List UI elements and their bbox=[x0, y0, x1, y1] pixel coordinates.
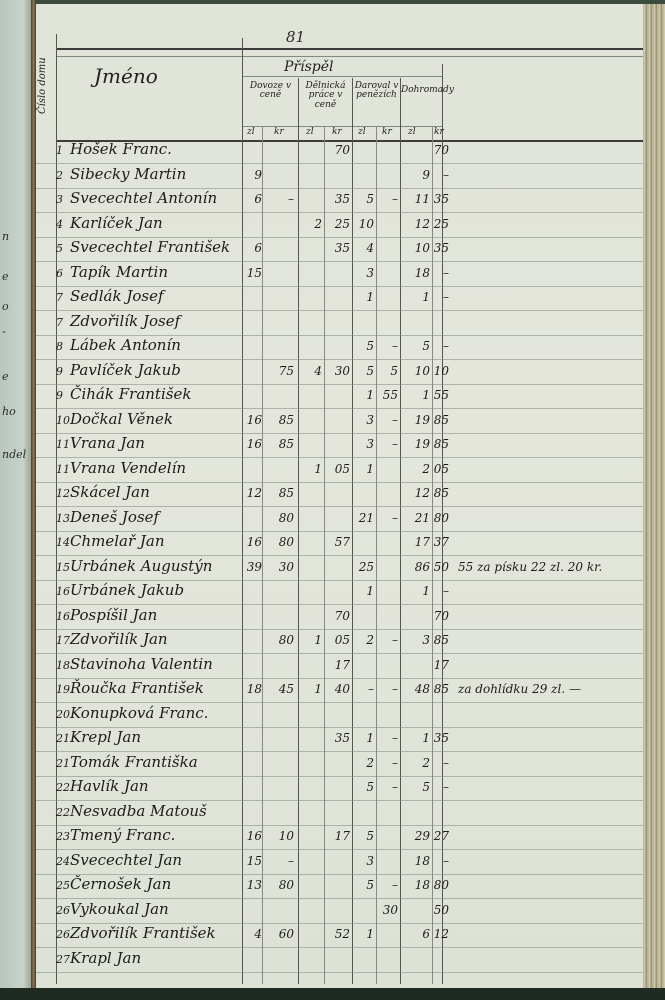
person-name: Černošek Jan bbox=[70, 875, 171, 893]
house-number: 22 bbox=[56, 806, 70, 819]
amount-dovoze-kr: – bbox=[264, 854, 294, 868]
amount-dovoze-zl: 39 bbox=[244, 560, 262, 574]
person-name: Nesvadba Matouš bbox=[70, 802, 207, 820]
amount-celkem-zl: 9 bbox=[402, 168, 430, 182]
amount-celkem-zl: 10 bbox=[402, 364, 430, 378]
house-number: 21 bbox=[56, 732, 70, 745]
amount-celkem-zl: 18 bbox=[402, 854, 430, 868]
amount-dovoze-kr: 80 bbox=[264, 511, 294, 525]
person-name: Tmený Franc. bbox=[70, 826, 175, 844]
amount-celkem-zl: 1 bbox=[402, 290, 430, 304]
house-number: 13 bbox=[56, 512, 70, 525]
amount-dovoze-zl: 13 bbox=[244, 878, 262, 892]
page-edges bbox=[643, 4, 665, 990]
person-name: Svecechtel František bbox=[70, 238, 230, 256]
facing-page-fragment: ndel bbox=[2, 448, 26, 461]
amount-penize-zl: 5 bbox=[354, 780, 374, 794]
person-name: Svecechtel Jan bbox=[70, 851, 182, 869]
amount-penize-zl: 5 bbox=[354, 364, 374, 378]
table-row: 6Tapík Martin15318– bbox=[36, 263, 643, 287]
amount-penize-zl: 1 bbox=[354, 927, 374, 941]
amount-prace-zl: 1 bbox=[300, 633, 322, 647]
amount-dovoze-zl: 18 bbox=[244, 682, 262, 696]
person-name: Vrana Vendelín bbox=[70, 459, 186, 477]
amount-penize-zl: 5 bbox=[354, 878, 374, 892]
person-name: Zdvořilík Jan bbox=[70, 630, 168, 648]
house-number: 11 bbox=[56, 463, 70, 476]
amount-dovoze-kr: 60 bbox=[264, 927, 294, 941]
amount-prace-kr: 35 bbox=[326, 241, 350, 255]
amount-celkem-kr: – bbox=[433, 339, 449, 353]
house-number: 17 bbox=[56, 634, 70, 647]
header-dovoze: Dovoze v ceně bbox=[243, 82, 298, 101]
house-number: 18 bbox=[56, 659, 70, 672]
house-number: 12 bbox=[56, 487, 70, 500]
amount-penize-zl: 3 bbox=[354, 854, 374, 868]
house-number: 1 bbox=[56, 144, 63, 157]
amount-prace-kr: 35 bbox=[326, 192, 350, 206]
house-number: 23 bbox=[56, 830, 70, 843]
amount-penize-zl: 4 bbox=[354, 241, 374, 255]
amount-penize-kr: – bbox=[378, 633, 398, 647]
amount-celkem-kr: 37 bbox=[433, 535, 449, 549]
table-row: 25Černošek Jan13805–1880 bbox=[36, 875, 643, 899]
amount-celkem-kr: 85 bbox=[433, 682, 449, 696]
table-row: 15Urbánek Augustýn393025865055 za písku … bbox=[36, 557, 643, 581]
amount-celkem-zl: 10 bbox=[402, 241, 430, 255]
table-row: 4Karlíček Jan225101225 bbox=[36, 214, 643, 238]
table-row: 16Urbánek Jakub11– bbox=[36, 581, 643, 605]
amount-penize-kr: – bbox=[378, 192, 398, 206]
table-row: 17Zdvořilík Jan801052–385 bbox=[36, 630, 643, 654]
amount-penize-kr: 30 bbox=[378, 903, 398, 917]
amount-celkem-kr: – bbox=[433, 780, 449, 794]
amount-penize-zl: 10 bbox=[354, 217, 374, 231]
amount-penize-zl: 1 bbox=[354, 462, 374, 476]
person-name: Svecechtel Antonín bbox=[70, 189, 217, 207]
house-number: 8 bbox=[56, 340, 63, 353]
amount-celkem-zl: 5 bbox=[402, 339, 430, 353]
house-number: 19 bbox=[56, 683, 70, 696]
amount-celkem-zl: 18 bbox=[402, 266, 430, 280]
row-note: 55 za písku 22 zl. 20 kr. bbox=[458, 560, 602, 574]
amount-celkem-kr: – bbox=[433, 266, 449, 280]
person-name: Stavinoha Valentin bbox=[70, 655, 213, 673]
table-row: 2Sibecky Martin99– bbox=[36, 165, 643, 189]
person-name: Sibecky Martin bbox=[70, 165, 186, 183]
unit-label: zl bbox=[358, 128, 366, 137]
header-top-rule-2 bbox=[56, 56, 643, 57]
person-name: Zdvořilík Josef bbox=[70, 312, 180, 330]
amount-dovoze-kr: 80 bbox=[264, 535, 294, 549]
unit-label: kr bbox=[382, 128, 392, 137]
person-name: Chmelař Jan bbox=[70, 532, 165, 550]
amount-penize-kr: – bbox=[378, 682, 398, 696]
table-row: 22Nesvadba Matouš bbox=[36, 802, 643, 826]
table-row: 12Skácel Jan12851285 bbox=[36, 483, 643, 507]
amount-penize-zl: 1 bbox=[354, 290, 374, 304]
table-row: 1Hošek Franc.7070 bbox=[36, 140, 643, 164]
house-number: 7 bbox=[56, 291, 63, 304]
house-number: 21 bbox=[56, 757, 70, 770]
table-row: 5Svecechtel František63541035 bbox=[36, 238, 643, 262]
header-penize: Daroval v penězích bbox=[353, 82, 400, 101]
amount-prace-zl: 4 bbox=[300, 364, 322, 378]
amount-celkem-kr: 85 bbox=[433, 437, 449, 451]
amount-celkem-kr: – bbox=[433, 168, 449, 182]
amount-celkem-kr: 35 bbox=[433, 192, 449, 206]
amount-penize-zl: 3 bbox=[354, 413, 374, 427]
amount-prace-kr: 05 bbox=[326, 462, 350, 476]
table-row: 9Pavlíček Jakub75430551010 bbox=[36, 361, 643, 385]
amount-penize-kr: – bbox=[378, 511, 398, 525]
person-name: Sedlák Josef bbox=[70, 287, 164, 305]
amount-dovoze-zl: 12 bbox=[244, 486, 262, 500]
amount-penize-zl: 5 bbox=[354, 829, 374, 843]
amount-penize-zl: 2 bbox=[354, 633, 374, 647]
amount-celkem-zl: 12 bbox=[402, 486, 430, 500]
amount-dovoze-kr: – bbox=[264, 192, 294, 206]
person-name: Urbánek Augustýn bbox=[70, 557, 212, 575]
table-row: 14Chmelař Jan1680571737 bbox=[36, 532, 643, 556]
unit-label: zl bbox=[306, 128, 314, 137]
facing-page: n e o - e ho ndel bbox=[0, 0, 33, 1000]
person-name: Zdvořilík František bbox=[70, 924, 216, 942]
amount-celkem-kr: 85 bbox=[433, 633, 449, 647]
unit-label: kr bbox=[274, 128, 284, 137]
amount-celkem-zl: 3 bbox=[402, 633, 430, 647]
amount-dovoze-kr: 85 bbox=[264, 437, 294, 451]
facing-page-fragment: n bbox=[2, 230, 9, 243]
house-number: 24 bbox=[56, 855, 70, 868]
person-name: Tapík Martin bbox=[70, 263, 168, 281]
amount-penize-zl: – bbox=[354, 682, 374, 696]
house-number: 15 bbox=[56, 561, 70, 574]
table-row: 20Konupková Franc. bbox=[36, 704, 643, 728]
amount-prace-kr: 57 bbox=[326, 535, 350, 549]
person-name: Vykoukal Jan bbox=[70, 900, 169, 918]
unit-label: kr bbox=[434, 128, 444, 137]
amount-dovoze-zl: 4 bbox=[244, 927, 262, 941]
table-row: 26Zdvořilík František460521612 bbox=[36, 924, 643, 948]
header-name: Jméno bbox=[94, 66, 158, 87]
amount-dovoze-zl: 6 bbox=[244, 241, 262, 255]
amount-dovoze-kr: 30 bbox=[264, 560, 294, 574]
amount-celkem-kr: – bbox=[433, 756, 449, 770]
amount-penize-zl: 3 bbox=[354, 437, 374, 451]
table-row: 21Tomák Františka2–2– bbox=[36, 753, 643, 777]
amount-dovoze-kr: 10 bbox=[264, 829, 294, 843]
header-top-rule bbox=[56, 48, 643, 50]
amount-celkem-kr: 10 bbox=[433, 364, 449, 378]
amount-prace-kr: 70 bbox=[326, 609, 350, 623]
amount-dovoze-zl: 16 bbox=[244, 413, 262, 427]
amount-prace-kr: 17 bbox=[326, 829, 350, 843]
house-number: 20 bbox=[56, 708, 70, 721]
scan-border bbox=[0, 988, 665, 1000]
amount-celkem-kr: 70 bbox=[433, 143, 449, 157]
house-number: 9 bbox=[56, 365, 63, 378]
amount-celkem-kr: 27 bbox=[433, 829, 449, 843]
table-row: 8Lábek Antonín5–5– bbox=[36, 336, 643, 360]
table-row: 26Vykoukal Jan3050 bbox=[36, 900, 643, 924]
amount-dovoze-zl: 6 bbox=[244, 192, 262, 206]
table-row: 22Havlík Jan5–5– bbox=[36, 777, 643, 801]
amount-celkem-kr: 50 bbox=[433, 903, 449, 917]
amount-celkem-zl: 19 bbox=[402, 437, 430, 451]
house-number: 6 bbox=[56, 267, 63, 280]
house-number: 10 bbox=[56, 414, 70, 427]
amount-celkem-zl: 48 bbox=[402, 682, 430, 696]
group-rule bbox=[242, 76, 442, 77]
amount-dovoze-kr: 75 bbox=[264, 364, 294, 378]
table-row: 7Sedlák Josef11– bbox=[36, 287, 643, 311]
person-name: Hošek Franc. bbox=[70, 140, 172, 158]
amount-celkem-kr: 85 bbox=[433, 486, 449, 500]
person-name: Vrana Jan bbox=[70, 434, 145, 452]
table-row: 10Dočkal Věnek16853–1985 bbox=[36, 410, 643, 434]
facing-page-fragment: - bbox=[2, 325, 6, 338]
amount-prace-kr: 17 bbox=[326, 658, 350, 672]
amount-dovoze-zl: 16 bbox=[244, 437, 262, 451]
amount-dovoze-kr: 80 bbox=[264, 878, 294, 892]
amount-penize-kr: – bbox=[378, 878, 398, 892]
amount-celkem-zl: 21 bbox=[402, 511, 430, 525]
table-row: 11Vrana Vendelín1051205 bbox=[36, 459, 643, 483]
amount-celkem-kr: 05 bbox=[433, 462, 449, 476]
amount-prace-kr: 30 bbox=[326, 364, 350, 378]
house-number: 5 bbox=[56, 242, 63, 255]
header-celkem: Dohromady bbox=[401, 86, 442, 95]
amount-celkem-zl: 2 bbox=[402, 462, 430, 476]
amount-penize-kr: – bbox=[378, 756, 398, 770]
amount-penize-zl: 1 bbox=[354, 731, 374, 745]
amount-celkem-kr: 80 bbox=[433, 511, 449, 525]
amount-celkem-kr: – bbox=[433, 584, 449, 598]
house-number: 22 bbox=[56, 781, 70, 794]
amount-celkem-kr: 25 bbox=[433, 217, 449, 231]
amount-celkem-zl: 1 bbox=[402, 731, 430, 745]
amount-prace-zl: 1 bbox=[300, 682, 322, 696]
facing-page-fragment: ho bbox=[2, 405, 16, 418]
amount-prace-kr: 35 bbox=[326, 731, 350, 745]
person-name: Havlík Jan bbox=[70, 777, 149, 795]
amount-celkem-zl: 6 bbox=[402, 927, 430, 941]
amount-dovoze-kr: 45 bbox=[264, 682, 294, 696]
amount-prace-kr: 70 bbox=[326, 143, 350, 157]
amount-celkem-kr: 17 bbox=[433, 658, 449, 672]
person-name: Tomák Františka bbox=[70, 753, 198, 771]
amount-celkem-kr: 50 bbox=[433, 560, 449, 574]
person-name: Řoučka František bbox=[70, 679, 204, 697]
amount-celkem-zl: 17 bbox=[402, 535, 430, 549]
amount-penize-zl: 2 bbox=[354, 756, 374, 770]
amount-dovoze-zl: 16 bbox=[244, 829, 262, 843]
person-name: Konupková Franc. bbox=[70, 704, 208, 722]
person-name: Krapl Jan bbox=[70, 949, 141, 967]
amount-celkem-zl: 18 bbox=[402, 878, 430, 892]
amount-dovoze-zl: 9 bbox=[244, 168, 262, 182]
unit-label: zl bbox=[247, 128, 255, 137]
amount-celkem-zl: 1 bbox=[402, 584, 430, 598]
table-row: 7Zdvořilík Josef bbox=[36, 312, 643, 336]
row-rule bbox=[36, 972, 643, 973]
amount-dovoze-kr: 85 bbox=[264, 486, 294, 500]
row-note: za dohlídku 29 zl. — bbox=[458, 682, 581, 696]
facing-page-fragment: e bbox=[2, 270, 9, 283]
amount-celkem-zl: 11 bbox=[402, 192, 430, 206]
table-row: 23Tmený Franc.16101752927 bbox=[36, 826, 643, 850]
amount-dovoze-zl: 15 bbox=[244, 266, 262, 280]
amount-celkem-zl: 5 bbox=[402, 780, 430, 794]
table-row: 18Stavinoha Valentin1717 bbox=[36, 655, 643, 679]
amount-dovoze-zl: 16 bbox=[244, 535, 262, 549]
house-number: 7 bbox=[56, 316, 63, 329]
amount-celkem-zl: 19 bbox=[402, 413, 430, 427]
house-number: 3 bbox=[56, 193, 63, 206]
table-row: 24Svecechtel Jan15–318– bbox=[36, 851, 643, 875]
amount-celkem-kr: 35 bbox=[433, 731, 449, 745]
amount-celkem-kr: 12 bbox=[433, 927, 449, 941]
table-row: 3Svecechtel Antonín6–355–1135 bbox=[36, 189, 643, 213]
table-row: 21Krepl Jan351–135 bbox=[36, 728, 643, 752]
amount-celkem-kr: 55 bbox=[433, 388, 449, 402]
amount-prace-kr: 52 bbox=[326, 927, 350, 941]
amount-penize-zl: 1 bbox=[354, 388, 374, 402]
amount-penize-zl: 3 bbox=[354, 266, 374, 280]
amount-penize-kr: – bbox=[378, 731, 398, 745]
amount-penize-kr: 55 bbox=[378, 388, 398, 402]
header-prace: Dělnická práce v ceně bbox=[299, 82, 352, 110]
amount-prace-kr: 40 bbox=[326, 682, 350, 696]
person-name: Deneš Josef bbox=[70, 508, 159, 526]
person-name: Dočkal Věnek bbox=[70, 410, 173, 428]
table-row: 27Krapl Jan bbox=[36, 949, 643, 973]
house-number: 25 bbox=[56, 879, 70, 892]
page-number: 81 bbox=[286, 28, 305, 46]
amount-celkem-zl: 86 bbox=[402, 560, 430, 574]
person-name: Krepl Jan bbox=[70, 728, 141, 746]
house-number: 16 bbox=[56, 585, 70, 598]
header-group: Příspěl bbox=[284, 60, 334, 75]
amount-prace-kr: 05 bbox=[326, 633, 350, 647]
table-row: 9Čihák František155155 bbox=[36, 385, 643, 409]
amount-penize-kr: – bbox=[378, 437, 398, 451]
person-name: Urbánek Jakub bbox=[70, 581, 184, 599]
house-number: 14 bbox=[56, 536, 70, 549]
amount-prace-zl: 2 bbox=[300, 217, 322, 231]
amount-celkem-kr: 85 bbox=[433, 413, 449, 427]
amount-celkem-zl: 29 bbox=[402, 829, 430, 843]
house-number: 2 bbox=[56, 169, 63, 182]
amount-celkem-kr: – bbox=[433, 290, 449, 304]
facing-page-fragment: e bbox=[2, 370, 9, 383]
amount-celkem-kr: 70 bbox=[433, 609, 449, 623]
table-row: 13Deneš Josef8021–2180 bbox=[36, 508, 643, 532]
unit-label: kr bbox=[332, 128, 342, 137]
unit-label: zl bbox=[408, 128, 416, 137]
amount-dovoze-zl: 15 bbox=[244, 854, 262, 868]
amount-prace-zl: 1 bbox=[300, 462, 322, 476]
amount-penize-kr: 5 bbox=[378, 364, 398, 378]
amount-prace-kr: 25 bbox=[326, 217, 350, 231]
amount-celkem-kr: – bbox=[433, 854, 449, 868]
amount-celkem-zl: 12 bbox=[402, 217, 430, 231]
table-row: 11Vrana Jan16853–1985 bbox=[36, 434, 643, 458]
amount-celkem-zl: 2 bbox=[402, 756, 430, 770]
person-name: Čihák František bbox=[70, 385, 191, 403]
table-row: 19Řoučka František1845140––4885za dohlíd… bbox=[36, 679, 643, 703]
amount-penize-zl: 21 bbox=[354, 511, 374, 525]
person-name: Lábek Antonín bbox=[70, 336, 181, 354]
person-name: Pavlíček Jakub bbox=[70, 361, 181, 379]
amount-celkem-kr: 80 bbox=[433, 878, 449, 892]
amount-penize-zl: 5 bbox=[354, 339, 374, 353]
amount-penize-kr: – bbox=[378, 339, 398, 353]
amount-dovoze-kr: 85 bbox=[264, 413, 294, 427]
house-number: 27 bbox=[56, 953, 70, 966]
amount-penize-zl: 5 bbox=[354, 192, 374, 206]
amount-penize-zl: 1 bbox=[354, 584, 374, 598]
header-house-number: Číslo domu bbox=[38, 57, 49, 114]
house-number: 26 bbox=[56, 904, 70, 917]
amount-celkem-kr: 35 bbox=[433, 241, 449, 255]
house-number: 16 bbox=[56, 610, 70, 623]
person-name: Karlíček Jan bbox=[70, 214, 163, 232]
table-row: 16Pospíšil Jan7070 bbox=[36, 606, 643, 630]
house-number: 9 bbox=[56, 389, 63, 402]
amount-penize-zl: 25 bbox=[354, 560, 374, 574]
facing-page-fragment: o bbox=[2, 300, 9, 313]
amount-celkem-zl: 1 bbox=[402, 388, 430, 402]
person-name: Skácel Jan bbox=[70, 483, 150, 501]
house-number: 11 bbox=[56, 438, 70, 451]
amount-penize-kr: – bbox=[378, 413, 398, 427]
amount-dovoze-kr: 80 bbox=[264, 633, 294, 647]
house-number: 26 bbox=[56, 928, 70, 941]
person-name: Pospíšil Jan bbox=[70, 606, 157, 624]
house-number: 4 bbox=[56, 218, 63, 231]
amount-penize-kr: – bbox=[378, 780, 398, 794]
